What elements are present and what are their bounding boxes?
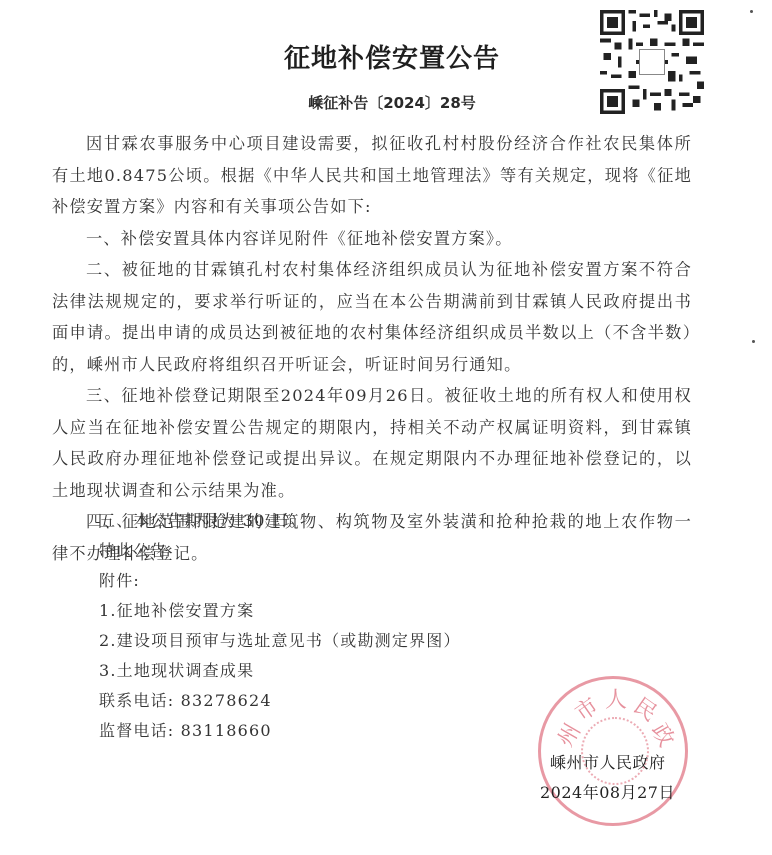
item-two-paragraph: 二、被征地的甘霖镇孔村农村集体经济组织成员认为征地补偿安置方案不符合法律法规规定…: [52, 254, 692, 380]
page-title: 征地补偿安置公告: [262, 38, 522, 75]
intro-paragraph: 因甘霖农事服务中心项目建设需要，拟征收孔村村股份经济合作社农民集体所有土地0.8…: [52, 128, 692, 223]
notice-closing: 特此公告: [99, 536, 461, 566]
item-three-paragraph: 三、征地补偿登记期限至2024年09月26日。被征收土地的所有权人和使用权人应当…: [52, 380, 692, 506]
document-number: 嵊征补告〔2024〕28号: [262, 92, 522, 113]
scan-speck: [750, 10, 753, 13]
item-one-paragraph: 一、补偿安置具体内容详见附件《征地补偿安置方案》。: [52, 223, 692, 255]
attachment-item: 2.建设项目预审与选址意见书（或勘测定界图）: [99, 626, 461, 656]
announcement-page: 征地补偿安置公告 嵊征补告〔2024〕28号 因甘霖农事服务中心项目建设需要，拟…: [0, 0, 772, 855]
signature-block: 嵊州市人民政府 2024年08月27日: [540, 748, 675, 808]
seal-char: 人: [605, 683, 627, 714]
attachment-item: 3.土地现状调查成果: [99, 656, 461, 686]
attachment-item: 1.征地补偿安置方案: [99, 596, 461, 626]
contact-phone: 联系电话: 83278624: [99, 686, 461, 716]
seal-char: 政: [645, 717, 683, 752]
scan-speck: [752, 340, 755, 343]
item-five-line: 五、本公告期限为 30 日。: [99, 506, 461, 536]
issue-date: 2024年08月27日: [540, 778, 675, 808]
issuer-name: 嵊州市人民政府: [540, 748, 675, 778]
supervision-phone: 监督电话: 83118660: [99, 716, 461, 746]
closing-section: 五、本公告期限为 30 日。 特此公告 附件: 1.征地补偿安置方案 2.建设项…: [99, 506, 461, 746]
qr-code[interactable]: [600, 10, 704, 114]
announcement-body: 因甘霖农事服务中心项目建设需要，拟征收孔村村股份经济合作社农民集体所有土地0.8…: [52, 128, 692, 569]
attachments-heading: 附件:: [99, 566, 461, 596]
qr-code-icon: [600, 10, 704, 114]
